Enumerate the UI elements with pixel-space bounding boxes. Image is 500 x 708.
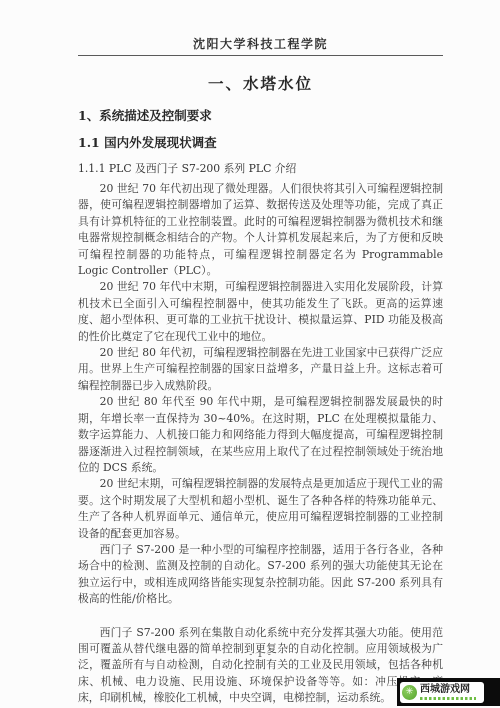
page-number: - 1 - — [78, 650, 443, 660]
watermark-subtext-bar — [420, 697, 476, 700]
watermark-badge: ✳ 西城游戏网 — [400, 682, 484, 703]
paragraph: 20 世纪末期，可编程逻辑控制器的发展特点是更加适应于现代工业的需要。这个时期发… — [78, 476, 443, 542]
paragraph: 20 世纪 70 年代中末期，可编程逻辑控制器进入实用化发展阶段，计算机技术已全… — [78, 279, 443, 345]
page-container: 沈阳大学科技工程学院 一、水塔水位 1、系统描述及控制要求 1.1 国内外发展现… — [78, 0, 443, 707]
subsection-heading: 1.1 国内外发展现状调查 — [78, 133, 443, 151]
watermark: ✳ 西城游戏网 — [397, 678, 500, 706]
section-heading: 1、系统描述及控制要求 — [78, 106, 443, 124]
school-name-header: 沈阳大学科技工程学院 — [78, 0, 443, 52]
paragraph: 西门子 S7-200 系列在集散自动化系统中充分发挥其强大功能。使用范围可覆盖从… — [78, 625, 443, 707]
document-title: 一、水塔水位 — [78, 72, 443, 94]
paragraph: 20 世纪 70 年代初出现了微处理器。人们很快将其引入可编程逻辑控制器，使可编… — [78, 181, 443, 279]
watermark-site-name: 西城游戏网 — [420, 684, 476, 695]
header-divider — [78, 55, 443, 56]
document-body: 20 世纪 70 年代初出现了微处理器。人们很快将其引入可编程逻辑控制器，使可编… — [78, 181, 443, 707]
leaf-icon: ✳ — [402, 685, 417, 700]
subsubsection-heading: 1.1.1 PLC 及西门子 S7-200 系列 PLC 介绍 — [78, 161, 443, 176]
paragraph: 20 世纪 80 年代初，可编程逻辑控制器在先进工业国家中已获得广泛应用。世界上… — [78, 345, 443, 394]
paragraph: 20 世纪 80 年代至 90 年代中期，是可编程逻辑控制器发展最快的时期，年增… — [78, 394, 443, 476]
paragraph: 西门子 S7-200 是一种小型的可编程序控制器，适用于各行各业，各种场合中的检… — [78, 542, 443, 608]
